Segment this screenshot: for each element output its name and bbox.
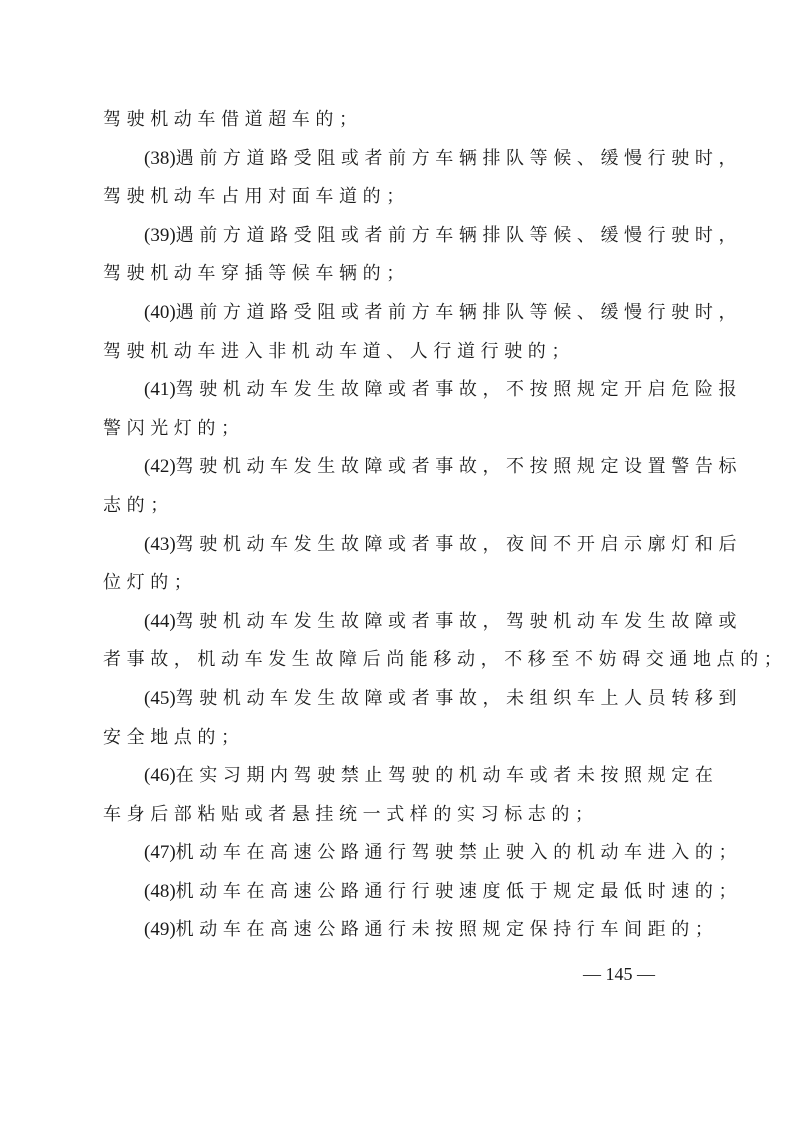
line-text: 驾驶机动车发生故障或者事故，不按照规定开启危险报	[176, 379, 742, 400]
item-number: (44)	[144, 611, 176, 632]
list-item-46: (46)在实习期内驾驶禁止驾驶的机动车或者未按照规定在	[103, 757, 695, 796]
text-line: 位灯的；	[103, 564, 695, 603]
item-number: (47)	[144, 842, 176, 863]
item-number: (43)	[144, 534, 176, 555]
line-text: 驾驶机动车穿插等候车辆的；	[103, 263, 410, 284]
item-number: (48)	[144, 881, 176, 902]
text-line: 驾驶机动车进入非机动车道、人行道行驶的；	[103, 333, 695, 372]
line-text: 驾驶机动车发生故障或者事故，不按照规定设置警告标	[176, 456, 742, 477]
line-text: 机动车在高速公路通行驾驶禁止驶入的机动车进入的；	[176, 842, 742, 863]
line-text: 机动车在高速公路通行未按照规定保持行车间距的；	[176, 919, 719, 940]
text-line: 安全地点的；	[103, 719, 695, 758]
item-number: (41)	[144, 379, 176, 400]
list-item-42: (42)驾驶机动车发生故障或者事故，不按照规定设置警告标	[103, 448, 695, 487]
line-text: 警闪光灯的；	[103, 418, 245, 439]
text-line: 警闪光灯的；	[103, 410, 695, 449]
line-text: 驾驶机动车发生故障或者事故，未组织车上人员转移到	[176, 688, 742, 709]
item-number: (38)	[144, 148, 176, 169]
document-body: 驾驶机动车借道超车的； (38)遇前方道路受阻或者前方车辆排队等候、缓慢行驶时，…	[103, 101, 695, 950]
item-number: (45)	[144, 688, 176, 709]
item-number: (39)	[144, 225, 176, 246]
line-text: 安全地点的；	[103, 727, 245, 748]
line-text: 志的；	[103, 495, 174, 516]
item-number: (46)	[144, 765, 176, 786]
item-number: (49)	[144, 919, 176, 940]
text-line: 驾驶机动车借道超车的；	[103, 101, 695, 140]
list-item-44: (44)驾驶机动车发生故障或者事故，驾驶机动车发生故障或	[103, 603, 695, 642]
line-text: 车身后部粘贴或者悬挂统一式样的实习标志的；	[103, 804, 599, 825]
line-text: 遇前方道路受阻或者前方车辆排队等候、缓慢行驶时，	[176, 225, 742, 246]
line-text: 机动车在高速公路通行行驶速度低于规定最低时速的；	[176, 881, 742, 902]
list-item-45: (45)驾驶机动车发生故障或者事故，未组织车上人员转移到	[103, 680, 695, 719]
line-text: 驾驶机动车发生故障或者事故，夜间不开启示廓灯和后	[176, 534, 742, 555]
text-line: 志的；	[103, 487, 695, 526]
text-line: 车身后部粘贴或者悬挂统一式样的实习标志的；	[103, 796, 695, 835]
list-item-49: (49)机动车在高速公路通行未按照规定保持行车间距的；	[103, 911, 695, 950]
text-line: 驾驶机动车占用对面车道的；	[103, 178, 695, 217]
text-line: 者事故，机动车发生故障后尚能移动，不移至不妨碍交通地点的；	[103, 641, 695, 680]
line-text: 驾驶机动车发生故障或者事故，驾驶机动车发生故障或	[176, 611, 742, 632]
item-number: (42)	[144, 456, 176, 477]
list-item-48: (48)机动车在高速公路通行行驶速度低于规定最低时速的；	[103, 873, 695, 912]
line-text: 在实习期内驾驶禁止驾驶的机动车或者未按照规定在	[176, 765, 719, 786]
list-item-40: (40)遇前方道路受阻或者前方车辆排队等候、缓慢行驶时，	[103, 294, 695, 333]
item-number: (40)	[144, 302, 176, 323]
page-number: — 145 —	[583, 964, 655, 985]
line-text: 遇前方道路受阻或者前方车辆排队等候、缓慢行驶时，	[176, 302, 742, 323]
list-item-43: (43)驾驶机动车发生故障或者事故，夜间不开启示廓灯和后	[103, 526, 695, 565]
list-item-39: (39)遇前方道路受阻或者前方车辆排队等候、缓慢行驶时，	[103, 217, 695, 256]
line-text: 驾驶机动车借道超车的；	[103, 109, 363, 130]
text-line: 驾驶机动车穿插等候车辆的；	[103, 255, 695, 294]
line-text: 驾驶机动车占用对面车道的；	[103, 186, 410, 207]
line-text: 驾驶机动车进入非机动车道、人行道行驶的；	[103, 341, 575, 362]
list-item-38: (38)遇前方道路受阻或者前方车辆排队等候、缓慢行驶时，	[103, 140, 695, 179]
list-item-47: (47)机动车在高速公路通行驾驶禁止驶入的机动车进入的；	[103, 834, 695, 873]
line-text: 位灯的；	[103, 572, 197, 593]
line-text: 遇前方道路受阻或者前方车辆排队等候、缓慢行驶时，	[176, 148, 742, 169]
list-item-41: (41)驾驶机动车发生故障或者事故，不按照规定开启危险报	[103, 371, 695, 410]
line-text: 者事故，机动车发生故障后尚能移动，不移至不妨碍交通地点的；	[103, 649, 787, 670]
